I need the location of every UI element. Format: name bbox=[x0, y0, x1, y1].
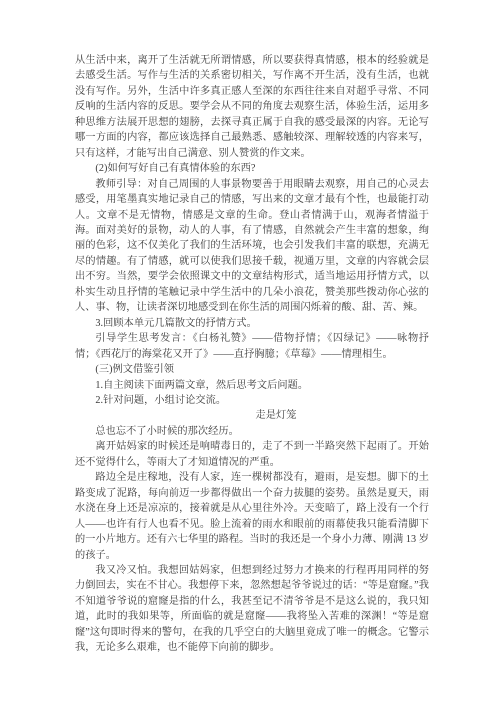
paragraph: (三)例文借鉴引领 bbox=[75, 362, 429, 377]
paragraph: 我又冷又怕。我想回姑妈家，但想到经过努力才换来的行程再用同样的努力倒回去，实在不… bbox=[75, 563, 429, 656]
paragraph: 2.针对问题，小组讨论交流。 bbox=[75, 393, 429, 408]
paragraph: 路边全是庄稼地，没有人家，连一棵树都没有，避雨，是妄想。脚下的土路变成了泥路，每… bbox=[75, 470, 429, 563]
paragraph: 3.回顾本单元几篇散文的抒情方式。 bbox=[75, 316, 429, 331]
essay-title: 走是灯笼 bbox=[75, 408, 429, 423]
paragraph: 离开姑妈家的时候还是响晴毒日的，走了不到一半路突然下起雨了。开始还不觉得什么，等… bbox=[75, 439, 429, 470]
paragraph: 引导学生思考发言：《白杨礼赞》——借物抒情；《囚绿记》——咏物抒情；《西花厅的海… bbox=[75, 331, 429, 362]
paragraph: (2)如何写好自己有真情体验的东西? bbox=[75, 161, 429, 176]
paragraph: 1.自主阅读下面两篇文章，然后思考文后问题。 bbox=[75, 378, 429, 393]
page-text: 从生活中来，离开了生活就无所谓情感，所以要获得真情感，根本的经验就是去感受生活。… bbox=[75, 53, 429, 656]
document-page: 从生活中来，离开了生活就无所谓情感，所以要获得真情感，根本的经验就是去感受生活。… bbox=[0, 0, 500, 707]
paragraph: 总也忘不了小时候的那次经历。 bbox=[75, 424, 429, 439]
paragraph: 从生活中来，离开了生活就无所谓情感，所以要获得真情感，根本的经验就是去感受生活。… bbox=[75, 53, 429, 161]
paragraph: 教师引导：对自己周围的人事景物要善于用眼睛去观察，用自己的心灵去感受，用笔墨真实… bbox=[75, 177, 429, 316]
